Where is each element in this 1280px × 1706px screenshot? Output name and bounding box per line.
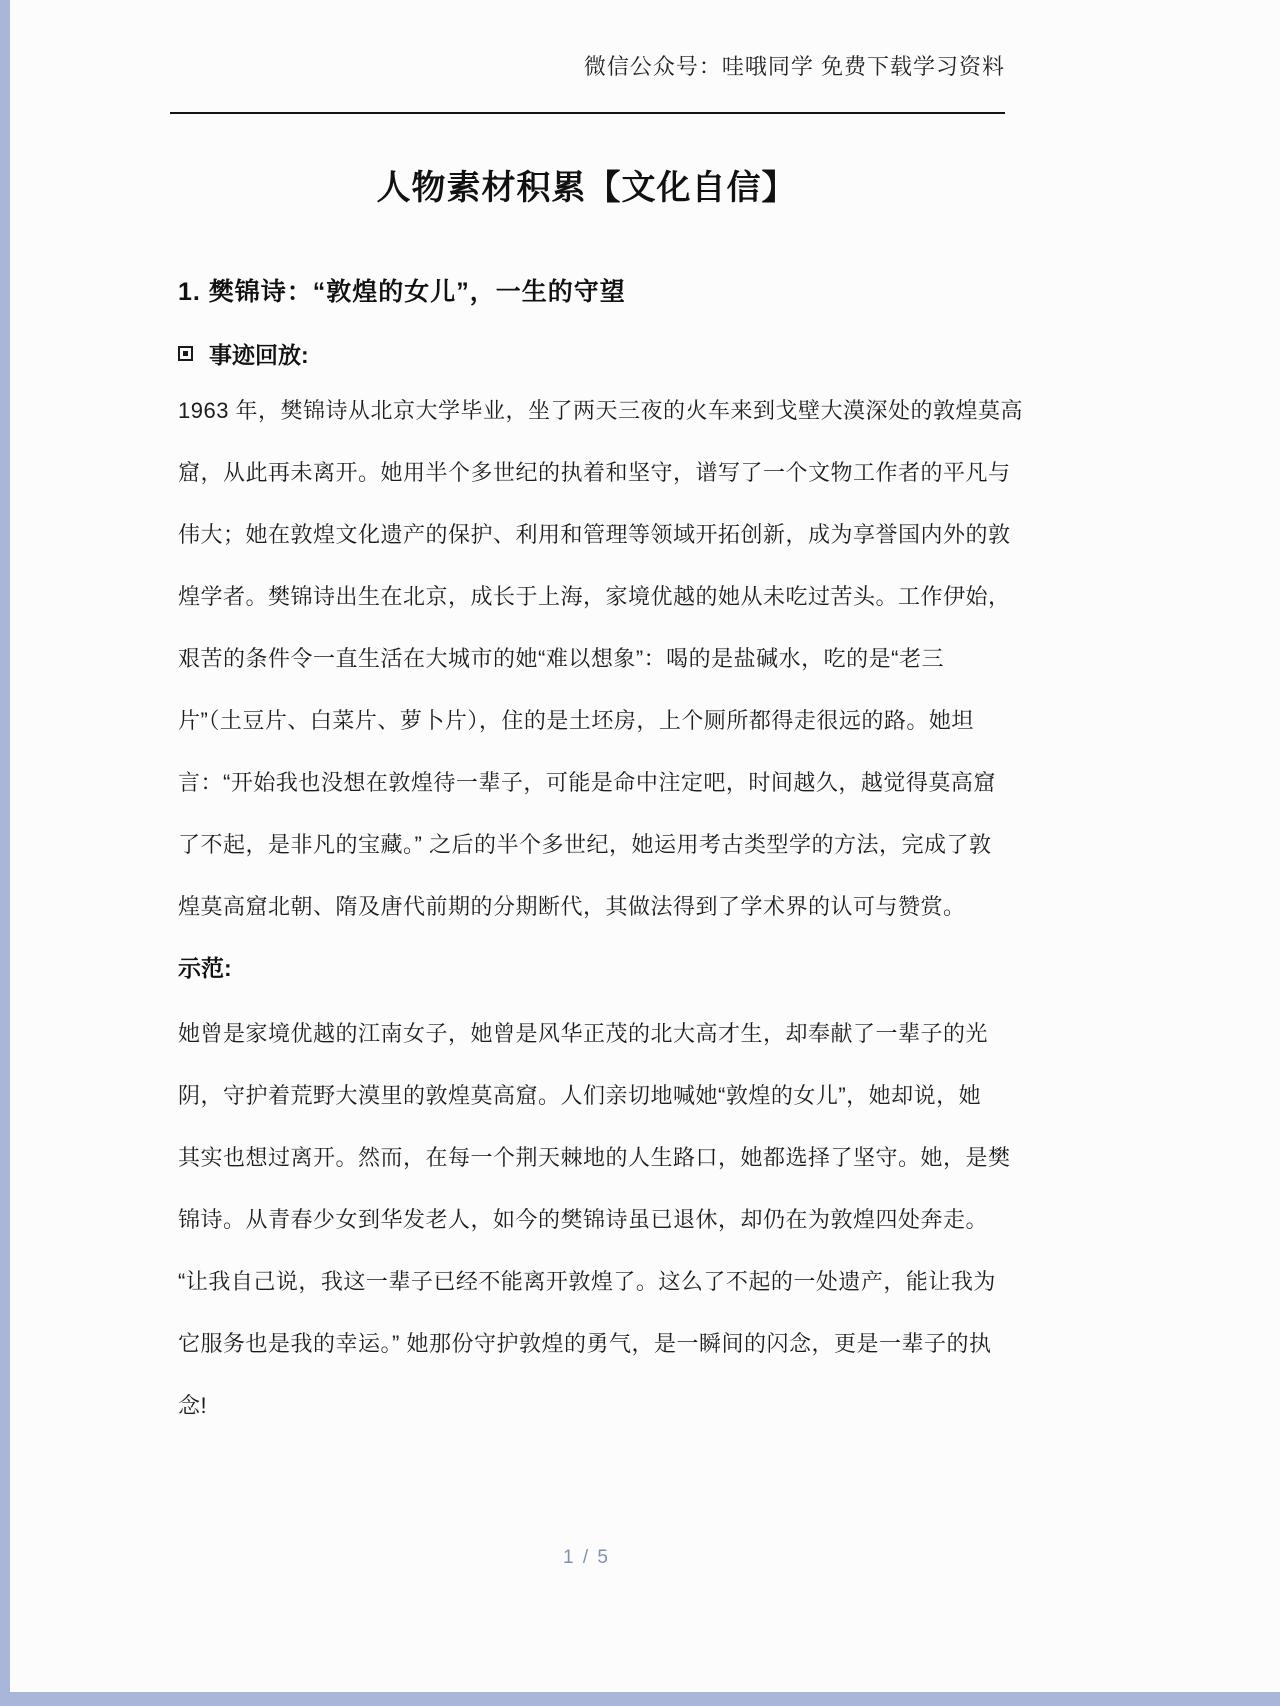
- text-line: “让我自己说，我这一辈子已经不能离开敦煌了。这么了不起的一处遗产，能让我为: [178, 1251, 1018, 1313]
- subheading-deeds: 事迹回放:: [178, 337, 309, 370]
- text-line: 艰苦的条件令一直生活在大城市的她“难以想象”：喝的是盐碱水，吃的是“老三: [178, 628, 1018, 690]
- subheading-example: 示范:: [178, 950, 232, 983]
- text-line: 片”（土豆片、白菜片、萝卜片），住的是土坯房，上个厕所都得走很远的路。她坦: [178, 690, 1018, 752]
- text-line: 它服务也是我的幸运。” 她那份守护敦煌的勇气，是一瞬间的闪念，更是一辈子的执: [178, 1313, 1018, 1375]
- text-line: 言：“开始我也没想在敦煌待一辈子，可能是命中注定吧，时间越久，越觉得莫高窟: [178, 752, 1018, 814]
- page-number: 1 / 5: [168, 1547, 1005, 1569]
- subheading-deeds-label: 事迹回放:: [209, 342, 309, 368]
- document-page: 微信公众号：哇哦同学 免费下载学习资料 人物素材积累【文化自信】 1. 樊锦诗：…: [10, 0, 1280, 1692]
- paragraph-example: 她曾是家境优越的江南女子，她曾是风华正茂的北大高才生，却奉献了一辈子的光 阴，守…: [178, 1003, 1018, 1437]
- text-line: 念!: [178, 1375, 1018, 1437]
- text-line: 窟，从此再未离开。她用半个多世纪的执着和坚守，谱写了一个文物工作者的平凡与: [178, 442, 1018, 504]
- text-line: 1963 年，樊锦诗从北京大学毕业，坐了两天三夜的火车来到戈壁大漠深处的敦煌莫高: [178, 380, 1018, 442]
- header-divider: [170, 112, 1005, 114]
- text-line: 阴，守护着荒野大漠里的敦煌莫高窟。人们亲切地喊她“敦煌的女儿”，她却说，她: [178, 1065, 1018, 1127]
- text-line: 煌莫高窟北朝、隋及唐代前期的分期断代，其做法得到了学术界的认可与赞赏。: [178, 876, 1018, 938]
- text-line: 了不起，是非凡的宝藏。” 之后的半个多世纪，她运用考古类型学的方法，完成了敦: [178, 814, 1018, 876]
- text-line: 她曾是家境优越的江南女子，她曾是风华正茂的北大高才生，却奉献了一辈子的光: [178, 1003, 1018, 1065]
- section-heading: 1. 樊锦诗：“敦煌的女儿”，一生的守望: [178, 272, 626, 308]
- page-title: 人物素材积累【文化自信】: [168, 160, 1005, 209]
- header-note: 微信公众号：哇哦同学 免费下载学习资料: [168, 50, 1005, 81]
- text-line: 其实也想过离开。然而，在每一个荆天棘地的人生路口，她都选择了坚守。她，是樊: [178, 1127, 1018, 1189]
- square-bullet-icon: [178, 346, 193, 361]
- text-line: 锦诗。从青春少女到华发老人，如今的樊锦诗虽已退休，却仍在为敦煌四处奔走。: [178, 1189, 1018, 1251]
- text-line: 伟大；她在敦煌文化遗产的保护、利用和管理等领域开拓创新，成为享誉国内外的敦: [178, 504, 1018, 566]
- paragraph-deeds: 1963 年，樊锦诗从北京大学毕业，坐了两天三夜的火车来到戈壁大漠深处的敦煌莫高…: [178, 380, 1018, 938]
- text-line: 煌学者。樊锦诗出生在北京，成长于上海，家境优越的她从未吃过苦头。工作伊始，: [178, 566, 1018, 628]
